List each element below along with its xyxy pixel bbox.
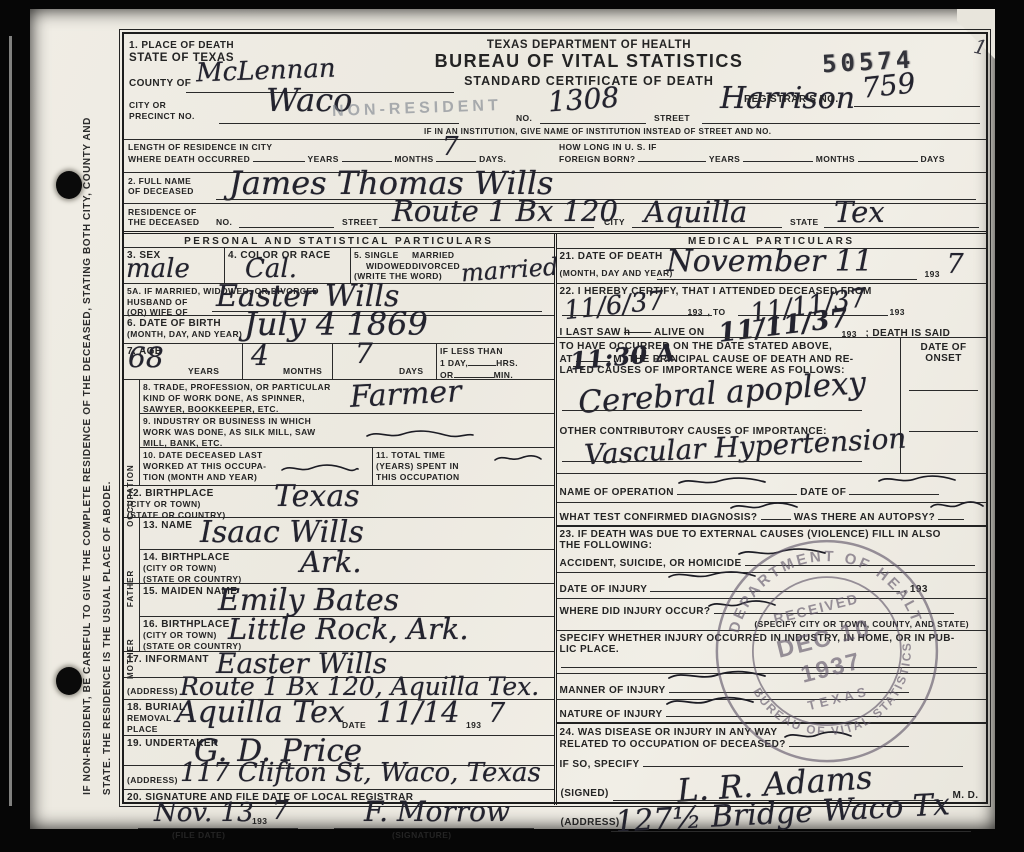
- file-year-value: 7: [272, 798, 289, 824]
- residence-street-value: Route 1 Bx 120: [392, 197, 618, 226]
- test-autopsy-row: WHAT TEST CONFIRMED DIAGNOSIS? WAS THERE…: [557, 503, 987, 527]
- registrar-no-label: REGISTRAR'S NO.: [744, 94, 839, 105]
- age-months-label: MONTHS: [283, 366, 322, 377]
- residence-city-value: Aquilla: [644, 198, 747, 227]
- punch-hole-top: [56, 171, 82, 199]
- mother-birthplace-row: 16. BIRTHPLACE (CITY OR TOWN) (STATE OR …: [140, 617, 554, 651]
- occupation-group: OCCUPATION 8. TRADE, PROFESSION, OR PART…: [124, 380, 554, 486]
- burial-row: 18. BURIAL REMOVAL PLACE Aquilla Tex DAT…: [124, 700, 554, 736]
- date-of-death-row: 21. DATE OF DEATH (MONTH, DAY AND YEAR) …: [557, 249, 987, 284]
- file-date-caption: (FILE DATE): [172, 830, 225, 841]
- full-name-label2: OF DECEASED: [128, 186, 194, 197]
- dob-row: 6. DATE OF BIRTH (MONTH, DAY, AND YEAR) …: [124, 316, 554, 344]
- industry-row: 9. INDUSTRY OR BUSINESS IN WHICH WORK WA…: [140, 414, 554, 448]
- accident-row: ACCIDENT, SUICIDE, OR HOMICIDE: [557, 549, 987, 573]
- mother-group: MOTHER 15. MAIDEN NAME Emily Bates 16. B…: [124, 584, 554, 652]
- manner-row: MANNER OF INJURY: [557, 674, 987, 700]
- nature-row: NATURE OF INJURY: [557, 700, 987, 724]
- mother-birthplace-value: Little Rock, Ark.: [228, 615, 469, 644]
- street-label: STREET: [654, 113, 690, 124]
- residence-no-label: NO.: [216, 217, 232, 228]
- ditto-mark: [737, 545, 827, 559]
- age-days-value: 7: [355, 340, 373, 368]
- punch-hole-bottom: [56, 667, 82, 695]
- street-underline: [702, 123, 980, 124]
- father-group: FATHER 13. NAME Isaac Wills 14. BIRTHPLA…: [124, 518, 554, 584]
- dob-value: July 4 1869: [244, 308, 428, 340]
- father-birthplace-row: 14. BIRTHPLACE (CITY OR TOWN) (STATE OR …: [140, 550, 554, 583]
- ditto-mark: [280, 462, 360, 474]
- registrar-row: 20. SIGNATURE AND FILE DATE OF LOCAL REG…: [124, 790, 554, 805]
- father-name-value: Isaac Wills: [200, 518, 364, 548]
- marital-value: married: [460, 255, 559, 286]
- registrar-no-value: 759: [861, 69, 917, 102]
- signature-caption: (SIGNATURE): [392, 830, 452, 841]
- us-length-label2: FOREIGN BORN? YEARS MONTHS DAYS: [559, 153, 982, 165]
- single-label: 5. SINGLE: [354, 250, 412, 261]
- margin-instruction-line1: IF NON-RESIDENT, BE CAREFUL TO GIVE THE …: [82, 117, 93, 795]
- file-date-value: Nov. 13: [154, 800, 254, 826]
- registrar-underline: [854, 106, 980, 107]
- margin-instruction-line2: STATE. THE RESIDENCE IS THE USUAL PLACE …: [102, 481, 113, 795]
- residence-state-value: Tex: [834, 198, 885, 227]
- sex-value: male: [126, 256, 190, 282]
- date-of-death-value: November 11: [667, 247, 873, 277]
- trade-row: 8. TRADE, PROFESSION, OR PARTICULAR KIND…: [140, 380, 554, 414]
- injury-where-row: WHERE DID INJURY OCCUR? (SPECIFY CITY OR…: [557, 599, 987, 631]
- us-length-label1: HOW LONG IN U. S. IF: [559, 142, 982, 153]
- age-years-value: 68: [128, 344, 164, 372]
- age-row: 7. AGE 68 YEARS 4 MONTHS 7 DAYS IF LESS …: [124, 344, 554, 380]
- ditto-mark: [365, 428, 475, 440]
- house-no-underline: [540, 123, 646, 124]
- trade-value: Farmer: [349, 377, 462, 413]
- age-years-label: YEARS: [188, 366, 219, 377]
- department-title: TEXAS DEPARTMENT OF HEALTH: [404, 39, 774, 51]
- place-of-death-label: 1. PLACE OF DEATH: [129, 40, 234, 51]
- ditto-mark: [707, 597, 777, 611]
- personal-column: PERSONAL AND STATISTICAL PARTICULARS 3. …: [124, 234, 557, 805]
- burial-date-value: 11/14: [376, 698, 460, 727]
- date-of-onset-box: DATE OF ONSET: [900, 338, 986, 472]
- occupation-related-row: 24. WAS DISEASE OR INJURY IN ANY WAY REL…: [557, 724, 987, 752]
- injury-specify-row: SPECIFY WHETHER INJURY OCCURRED IN INDUS…: [557, 631, 987, 674]
- house-no-value: 1308: [547, 84, 620, 117]
- undertaker-address-value: 117 Clifton St, Waco, Texas: [180, 760, 541, 786]
- cause-block: TO HAVE OCCURRED ON THE DATE STATED ABOV…: [557, 338, 987, 473]
- certificate-form: 1. PLACE OF DEATH STATE OF TEXAS COUNTY …: [122, 32, 988, 804]
- ditto-mark: [877, 472, 957, 486]
- ditto-mark: [783, 728, 853, 742]
- county-label: COUNTY OF: [129, 78, 191, 89]
- birthplace-value: Texas: [274, 482, 360, 512]
- non-resident-stamp: NON-RESIDENT: [332, 97, 502, 121]
- house-no-label: NO.: [516, 113, 532, 124]
- principal-cause-value: Cerebral apoplexy: [577, 368, 867, 419]
- if-less-than-label: IF LESS THAN: [440, 346, 551, 357]
- ditto-mark: [667, 567, 757, 583]
- ditto-mark: [665, 692, 755, 710]
- city-underline: [219, 123, 459, 124]
- medical-column: MEDICAL PARTICULARS 21. DATE OF DEATH (M…: [557, 234, 987, 805]
- md-label: M. D.: [953, 790, 979, 801]
- burial-place-value: Aquilla Tex: [176, 698, 345, 728]
- death-year-value: 7: [947, 251, 964, 278]
- residence-row: RESIDENCE OF THE DECEASED NO. STREET Rou…: [124, 204, 986, 234]
- birthplace-row: 12. BIRTHPLACE (CITY OR TOWN) (STATE OR …: [124, 486, 554, 518]
- certificate-title: STANDARD CERTIFICATE OF DEATH: [404, 74, 774, 88]
- residence-label2: THE DECEASED: [128, 217, 199, 228]
- burial-year-value: 7: [488, 700, 505, 727]
- institution-note: IF IN AN INSTITUTION, GIVE NAME OF INSTI…: [424, 127, 984, 136]
- ditto-mark: [729, 499, 799, 513]
- residence-length-label2: WHERE DEATH OCCURRED YEARS MONTHS DAYS.: [128, 153, 551, 165]
- bureau-title: BUREAU OF VITAL STATISTICS: [379, 51, 799, 72]
- certify-row: 22. I HEREBY CERTIFY, THAT I ATTENDED DE…: [557, 284, 987, 338]
- residence-street-label: STREET: [342, 217, 378, 228]
- ditto-mark: [667, 666, 767, 684]
- father-birthplace-value: Ark.: [300, 548, 362, 577]
- residence-length-label1: LENGTH OF RESIDENCE IN CITY: [128, 142, 551, 153]
- residence-city-label: CITY: [604, 217, 625, 228]
- residence-length-days-value: 7: [442, 134, 459, 160]
- personal-title: PERSONAL AND STATISTICAL PARTICULARS: [124, 234, 554, 248]
- age-months-value: 4: [251, 342, 269, 370]
- undertaker-address-row: (ADDRESS) 117 Clifton St, Waco, Texas: [124, 766, 554, 790]
- injury-date-row: DATE OF INJURY , 193: [557, 573, 987, 599]
- struck-word: h——: [624, 327, 651, 338]
- certificate-paper: IF NON-RESIDENT, BE CAREFUL TO GIVE THE …: [30, 9, 995, 829]
- burial-date-label: DATE: [342, 720, 366, 731]
- film-edge: [9, 36, 12, 806]
- ditto-mark: [929, 497, 985, 513]
- form-header: 1. PLACE OF DEATH STATE OF TEXAS COUNTY …: [124, 34, 986, 140]
- residence-state-label: STATE: [790, 217, 819, 228]
- ditto-mark: [677, 474, 767, 488]
- ditto-mark: [493, 452, 543, 464]
- precinct-no-label: PRECINCT NO.: [129, 111, 195, 122]
- widowed-label: WIDOWED: [354, 261, 412, 272]
- registrar-signature-value: F. Morrow: [364, 798, 510, 826]
- city-or-label: CITY OR: [129, 100, 166, 111]
